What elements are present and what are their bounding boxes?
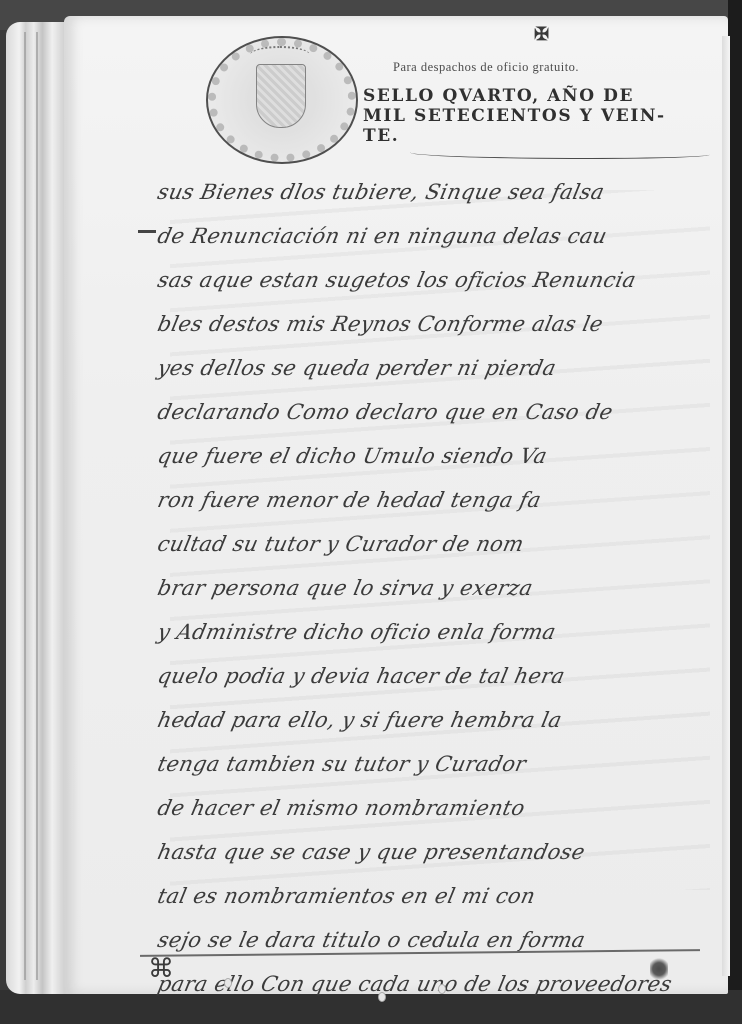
stamp-title-line: SELLO QVARTO, AÑO DE <box>363 86 723 106</box>
stamp-title-line: TE. <box>363 126 723 146</box>
royal-seal-stamp <box>206 36 358 164</box>
text-line: declarando Como declaro que en Caso de <box>153 390 722 434</box>
handwritten-body: sus Bienes dlos tubiere, Sinque sea fals… <box>158 170 718 1006</box>
text-line: para ello Con que cada uno de los provee… <box>153 962 722 1006</box>
text-line: bles destos mis Reynos Conforme alas le <box>153 302 722 346</box>
cross-icon: ✠ <box>534 24 549 45</box>
text-line: hasta que se case y que presentandose <box>153 830 722 874</box>
rubric-flourish-icon: ⌘ <box>148 954 174 984</box>
text-line: de Renunciación ni en ninguna delas cau <box>153 214 722 258</box>
scan-background-right <box>728 0 742 1024</box>
paper-hole <box>224 978 232 988</box>
book-page-edges <box>6 22 72 994</box>
text-line: sas aque estan sugetos los oficios Renun… <box>153 258 722 302</box>
paper-hole <box>378 992 386 1002</box>
text-line: que fuere el dicho Umulo siendo Va <box>153 434 722 478</box>
stamp-title: SELLO QVARTO, AÑO DE MIL SETECIENTOS Y V… <box>363 86 723 146</box>
text-line: tal es nombramientos en el mi con <box>153 874 722 918</box>
text-line: hedad para ello, y si fuere hembra la <box>153 698 722 742</box>
coat-of-arms-icon <box>256 64 306 128</box>
crown-icon <box>250 46 310 64</box>
ink-blot <box>650 956 668 982</box>
text-line: cultad su tutor y Curador de nom <box>153 522 722 566</box>
margin-mark <box>138 230 156 233</box>
text-line: yes dellos se queda perder ni pierda <box>153 346 722 390</box>
text-line: de hacer el mismo nombramiento <box>153 786 722 830</box>
text-line: quelo podia y devia hacer de tal hera <box>153 654 722 698</box>
stamp-subline: Para despachos de oficio gratuito. <box>393 60 579 75</box>
page-edge-line <box>36 32 38 980</box>
paper-hole <box>438 984 446 994</box>
text-line: y Administre dicho oficio enla forma <box>153 610 722 654</box>
text-line: sus Bienes dlos tubiere, Sinque sea fals… <box>153 170 722 214</box>
text-line: ron fuere menor de hedad tenga fa <box>153 478 722 522</box>
text-line: tenga tambien su tutor y Curador <box>153 742 722 786</box>
text-line: brar persona que lo sirva y exerza <box>153 566 722 610</box>
page-right-edge <box>722 36 730 976</box>
page-edge-line <box>24 32 26 980</box>
stamp-title-line: MIL SETECIENTOS Y VEIN- <box>363 106 723 126</box>
